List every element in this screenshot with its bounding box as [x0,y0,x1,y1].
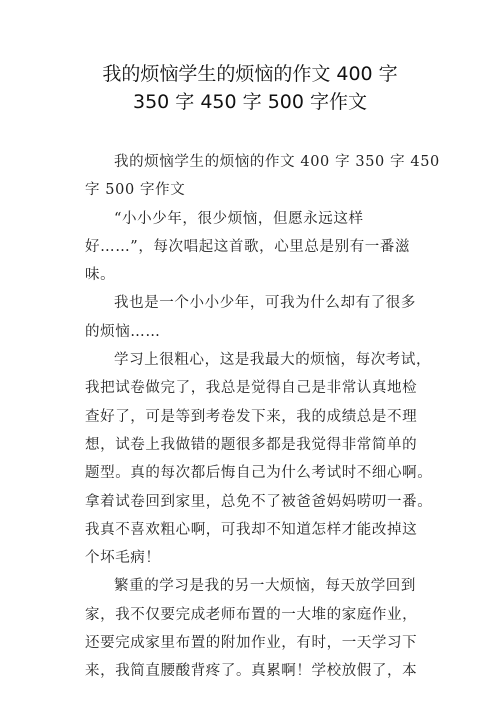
body-text-line: 我把试卷做完了，我总是觉得自己是非常认真地检 [85,374,425,402]
body-text-line: 拿着试卷回到家里，总免不了被爸爸妈妈唠叨一番。 [85,488,425,516]
body-text-line: 家，我不仅要完成老师布置的一大堆的家庭作业， [85,601,425,629]
body-text-line: “小小少年，很少烦恼，但愿永远这样 [85,205,425,233]
body-text-line: 字 500 字作文 [85,176,425,204]
body-text-line: 还要完成家里布置的附加作业，有时，一天学习下 [85,629,425,657]
title-line-1: 我的烦恼学生的烦恼的作文 400 字 [0,60,500,88]
body-text-line: 想，试卷上我做错的题很多都是我觉得非常简单的 [85,431,425,459]
body-text-line: 学习上很粗心，这是我最大的烦恼，每次考试， [85,346,425,374]
body-text-line: 好……”，每次唱起这首歌，心里总是别有一番滋 [85,233,425,261]
body-text-line: 来，我简直腰酸背疼了。真累啊！学校放假了，本 [85,657,425,685]
document-page: 我的烦恼学生的烦恼的作文 400 字 350 字 450 字 500 字作文 我… [0,0,500,707]
body-text-line: 我真不喜欢粗心啊，可我却不知道怎样才能改掉这 [85,516,425,544]
body-text-line: 题型。真的每次都后悔自己为什么考试时不细心啊。 [85,459,425,487]
document-body: 我的烦恼学生的烦恼的作文 400 字 350 字 450字 500 字作文“小小… [85,148,425,686]
body-text-line: 味。 [85,261,425,289]
title-line-2: 350 字 450 字 500 字作文 [0,88,500,116]
body-text-line: 个坏毛病！ [85,544,425,572]
body-text-line: 的烦恼…… [85,318,425,346]
document-title: 我的烦恼学生的烦恼的作文 400 字 350 字 450 字 500 字作文 [0,60,500,116]
body-text-line: 繁重的学习是我的另一大烦恼，每天放学回到 [85,572,425,600]
body-text-line: 我也是一个小小少年，可我为什么却有了很多 [85,289,425,317]
body-text-line: 我的烦恼学生的烦恼的作文 400 字 350 字 450 [85,148,425,176]
body-text-line: 查好了，可是等到考卷发下来，我的成绩总是不理 [85,403,425,431]
